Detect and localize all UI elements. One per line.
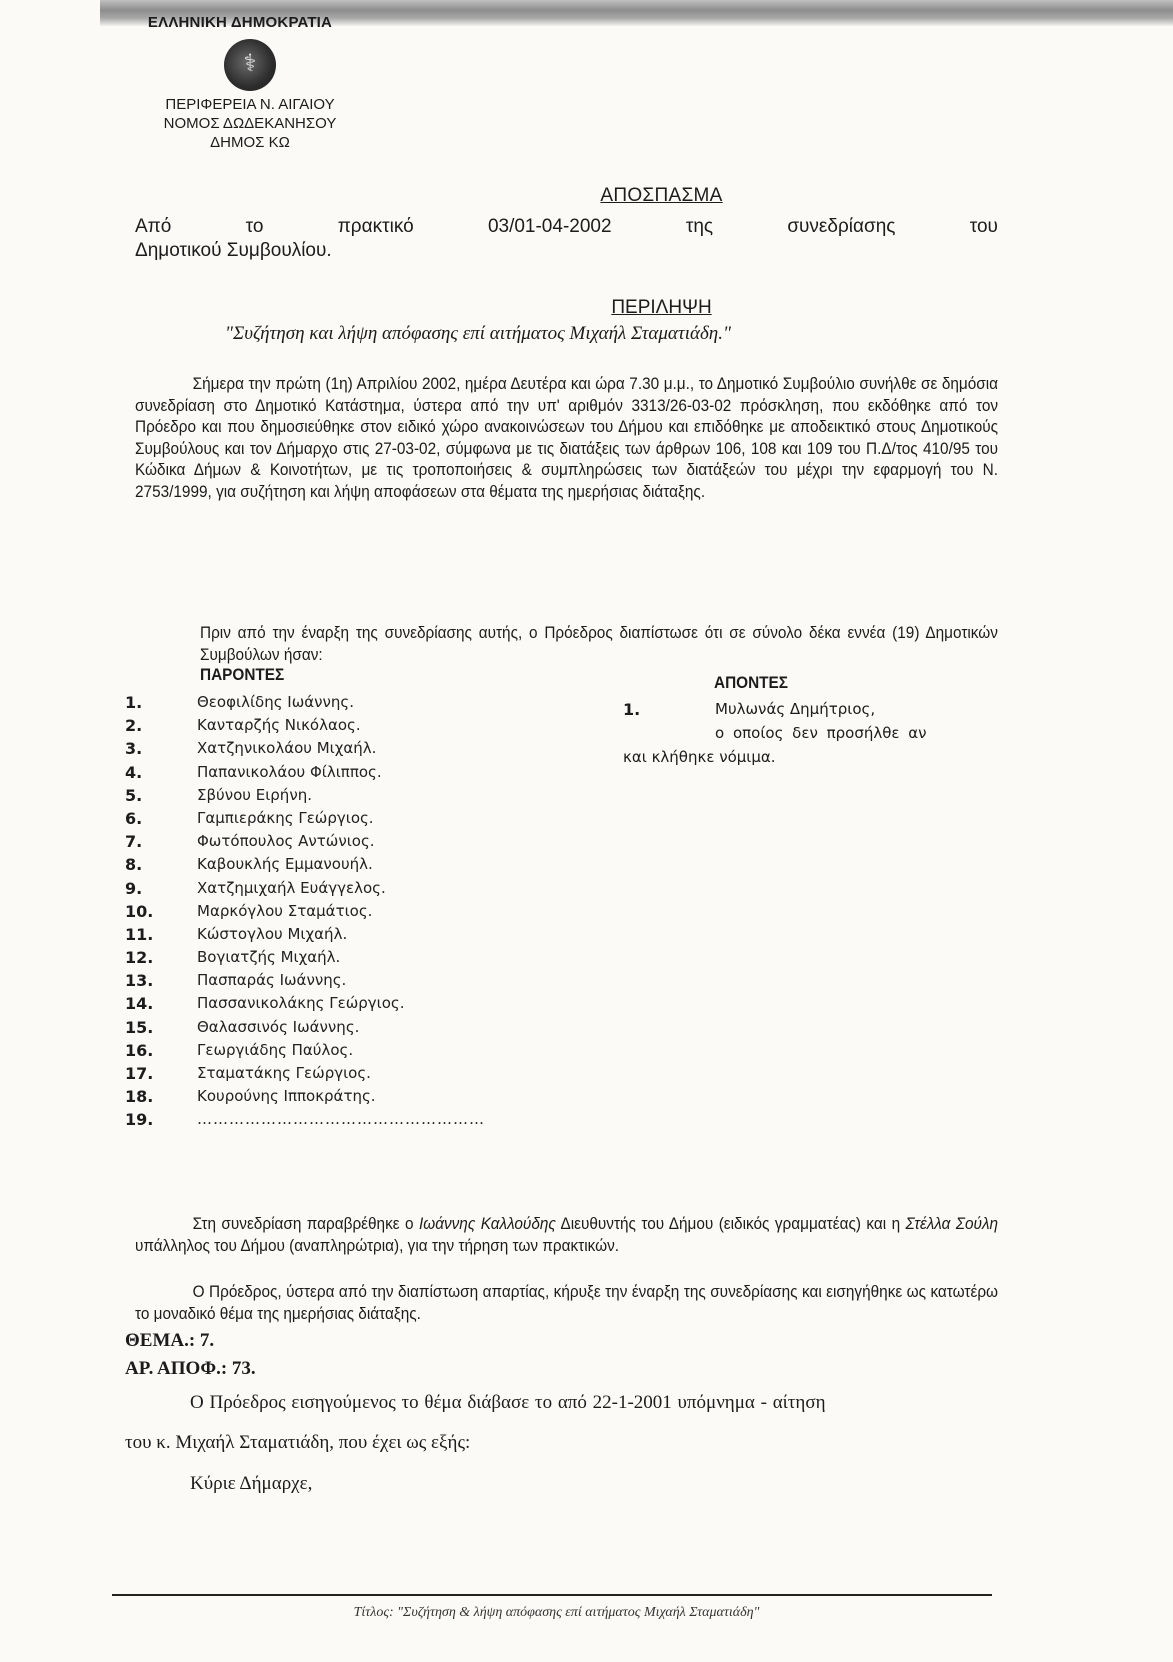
list-number: 12.: [125, 948, 197, 967]
member-name: Χατζηνικολάου Μιχαήλ.: [197, 739, 376, 757]
list-number: 10.: [125, 902, 197, 921]
absent-members-list: 1. Μυλωνάς Δημήτριος,: [623, 700, 875, 719]
prefecture-name: ΝΟΜΟΣ ΔΩΔΕΚΑΝΗΣΟΥ: [120, 114, 380, 133]
list-number: 16.: [125, 1041, 197, 1060]
list-item: 12.Βογιατζής Μιχαήλ.: [125, 948, 485, 971]
member-name: Πασπαράς Ιωάννης.: [197, 971, 346, 989]
opening-paragraph: Σήμερα την πρώτη (1η) Απριλίου 2002, ημέ…: [135, 374, 998, 503]
theme-number: ΘΕΜΑ.: 7.: [125, 1330, 214, 1352]
list-item: 1.Θεοφιλίδης Ιωάννης.: [125, 693, 485, 716]
list-number: 7.: [125, 832, 197, 851]
list-item: 14.Πασσανικολάκης Γεώργιος.: [125, 994, 485, 1017]
member-name: Σταματάκης Γεώργιος.: [197, 1064, 371, 1082]
member-name: Χατζημιχαήλ Ευάγγελος.: [197, 879, 386, 897]
list-item: 7.Φωτόπουλος Αντώνιος.: [125, 832, 485, 855]
list-number: 1.: [125, 693, 197, 712]
list-number: 11.: [125, 925, 197, 944]
letterhead: ΕΛΛΗΝΙΚΗ ΔΗΜΟΚΡΑΤΙΑ ΠΕΡΙΦΕΡΕΙΑ Ν. ΑΙΓΑΙΟ…: [120, 14, 380, 152]
member-name: Φωτόπουλος Αντώνιος.: [197, 832, 375, 850]
council-name: Δημοτικού Συμβουλίου.: [135, 240, 332, 262]
member-name: Γαμπιεράκης Γεώργιος.: [197, 809, 374, 827]
list-number: 19.: [125, 1110, 197, 1129]
list-number: 3.: [125, 739, 197, 758]
member-name: Βογιατζής Μιχαήλ.: [197, 948, 340, 966]
present-members-list: 1.Θεοφιλίδης Ιωάννης.2.Κανταρζής Νικόλαο…: [125, 693, 485, 1134]
list-item: 19.………………………………………………: [125, 1110, 485, 1133]
minutes-reference: Από το πρακτικό 03/01-04-2002 της συνεδρ…: [135, 214, 998, 240]
list-item: 15.Θαλασσινός Ιωάννης.: [125, 1018, 485, 1041]
list-number: 18.: [125, 1087, 197, 1106]
memo-intro-cont: του κ. Μιχαήλ Σταματιάδη, που έχει ως εξ…: [125, 1432, 470, 1454]
list-number: 17.: [125, 1064, 197, 1083]
list-item: 6.Γαμπιεράκης Γεώργιος.: [125, 809, 485, 832]
list-number: 6.: [125, 809, 197, 828]
quorum-paragraph: Πριν από την έναρξη της συνεδρίασης αυτή…: [200, 623, 998, 666]
absent-heading: ΑΠΟΝΤΕΣ: [714, 674, 788, 693]
present-heading: ΠΑΡΟΝΤΕΣ: [200, 666, 284, 685]
summary-heading: ΠΕΡΙΛΗΨΗ: [0, 297, 1173, 319]
list-item: 2.Κανταρζής Νικόλαος.: [125, 716, 485, 739]
list-item: 8.Καβουκλής Εμμανουήλ.: [125, 855, 485, 878]
member-name: Παπανικολάου Φίλιππος.: [197, 763, 382, 781]
member-name: Μαρκόγλου Σταμάτιος.: [197, 902, 372, 920]
list-number: 13.: [125, 971, 197, 990]
list-number: 15.: [125, 1018, 197, 1037]
republic-heading: ΕΛΛΗΝΙΚΗ ΔΗΜΟΚΡΑΤΙΑ: [100, 14, 380, 31]
list-item: 5.Σβύνου Ειρήνη.: [125, 786, 485, 809]
memo-intro: Ο Πρόεδρος εισηγούμενος το θέμα διάβασε …: [190, 1392, 998, 1414]
list-item: 16.Γεωργιάδης Παύλος.: [125, 1041, 485, 1064]
list-item: 17.Σταματάκης Γεώργιος.: [125, 1064, 485, 1087]
list-item: 1. Μυλωνάς Δημήτριος,: [623, 700, 875, 719]
member-name: Θεοφιλίδης Ιωάννης.: [197, 693, 354, 711]
coat-of-arms-icon: [224, 39, 276, 91]
list-item: 9.Χατζημιχαήλ Ευάγγελος.: [125, 879, 485, 902]
decision-number: ΑΡ. ΑΠΟΦ.: 73.: [125, 1358, 256, 1380]
list-item: 10.Μαρκόγλου Σταμάτιος.: [125, 902, 485, 925]
list-number: 4.: [125, 763, 197, 782]
member-name: ………………………………………………: [197, 1110, 485, 1128]
list-number: 5.: [125, 786, 197, 805]
footer-divider: [112, 1594, 992, 1596]
agenda-paragraph: Ο Πρόεδρος, ύστερα από την διαπίστωση απ…: [135, 1282, 998, 1325]
document-title: ΑΠΟΣΠΑΣΜΑ: [0, 185, 1173, 207]
member-name: Πασσανικολάκης Γεώργιος.: [197, 994, 404, 1012]
member-name: Θαλασσινός Ιωάννης.: [197, 1018, 359, 1036]
list-number: 9.: [125, 879, 197, 898]
member-name: Καβουκλής Εμμανουήλ.: [197, 855, 373, 873]
list-item: 13.Πασπαράς Ιωάννης.: [125, 971, 485, 994]
list-number: 2.: [125, 716, 197, 735]
member-name: Κουρούνης Ιπποκράτης.: [197, 1087, 376, 1105]
salutation: Κύριε Δήμαρχε,: [190, 1473, 312, 1495]
list-item: 4.Παπανικολάου Φίλιππος.: [125, 763, 485, 786]
municipality-name: ΔΗΜΟΣ ΚΩ: [120, 133, 380, 152]
member-name: Κανταρζής Νικόλαος.: [197, 716, 361, 734]
list-item: 11.Κώστογλου Μιχαήλ.: [125, 925, 485, 948]
absent-note-cont: και κλήθηκε νόμιμα.: [623, 748, 776, 766]
list-number: 8.: [125, 855, 197, 874]
attendees-paragraph: Στη συνεδρίαση παραβρέθηκε ο Ιωάννης Καλ…: [135, 1214, 998, 1257]
member-name: Σβύνου Ειρήνη.: [197, 786, 312, 804]
member-name: Γεωργιάδης Παύλος.: [197, 1041, 353, 1059]
region-name: ΠΕΡΙΦΕΡΕΙΑ Ν. ΑΙΓΑΙΟΥ: [120, 95, 380, 114]
absent-note: ο οποίος δεν προσήλθε αν: [715, 724, 927, 742]
footer-title: Τίτλος: "Συζήτηση & λήψη απόφασης επί αι…: [0, 1605, 1173, 1621]
list-item: 3.Χατζηνικολάου Μιχαήλ.: [125, 739, 485, 762]
member-name: Κώστογλου Μιχαήλ.: [197, 925, 347, 943]
list-item: 18.Κουρούνης Ιπποκράτης.: [125, 1087, 485, 1110]
list-number: 14.: [125, 994, 197, 1013]
summary-subject: "Συζήτηση και λήψη απόφασης επί αιτήματο…: [225, 323, 731, 345]
